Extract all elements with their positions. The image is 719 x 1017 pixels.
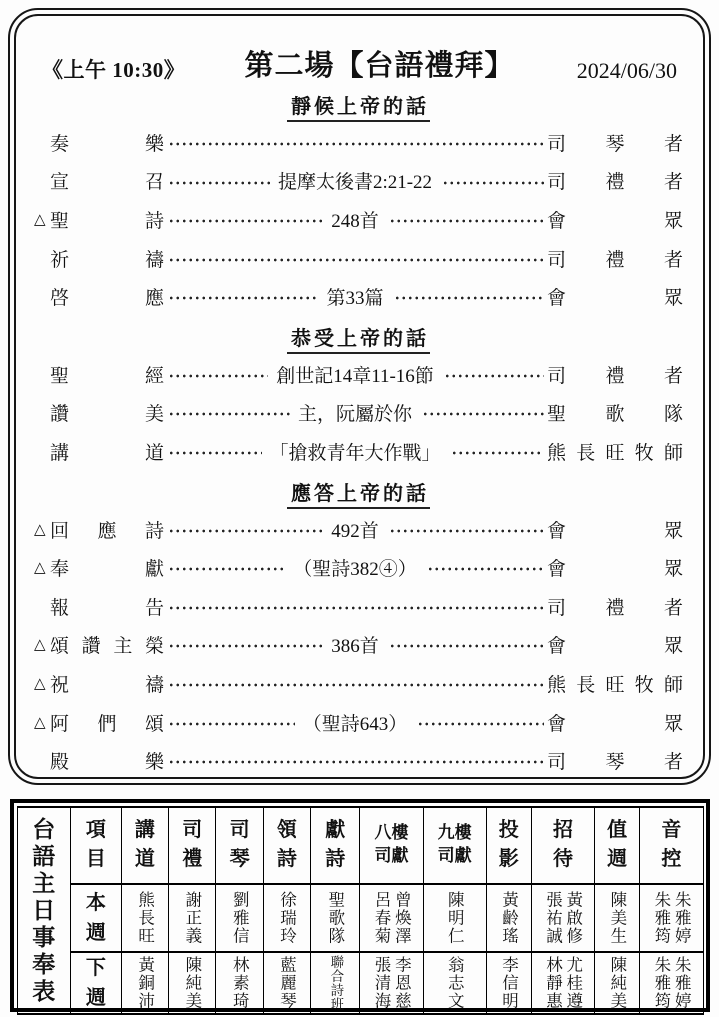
duty-data-row: 本 週熊長旺謝正義劉雅信徐瑞玲聖歌隊呂春菊曾煥澤陳明仁黃齡瑤張祐誠黃啟修陳美生朱… [17,884,703,952]
program-item-row: △回應詩492首會眾 [34,510,683,549]
duty-name: 朱雅婷 [673,891,690,945]
duty-cell: 陳純美 [169,952,216,1014]
item-label-char: 頌 [145,709,164,736]
program-item-row: △祝禱熊長旺牧師 [34,664,683,703]
leader-dots [166,355,268,394]
duty-cell-names: 林素琦 [216,953,262,1013]
section-title-row: 應答上帝的話 [34,471,683,510]
leader-dots [166,703,295,742]
leader-dots [166,162,270,201]
duty-name: 黃啟修 [564,891,581,945]
item-detail: （聖詩643） [297,709,414,736]
section-title: 恭受上帝的話 [287,322,430,354]
assignee-char: 司 [547,167,566,194]
duty-cell-names: 劉雅信 [216,885,262,951]
item-label: 回應詩 [50,516,164,543]
duty-name: 劉雅信 [231,891,248,945]
item-label-char: 樂 [145,129,164,156]
duty-cell-names: 張祐誠黃啟修 [532,885,594,951]
duty-table-side-title: 台 語 主 日 事 奉 表 [17,807,71,1014]
duty-name: 謝正義 [184,891,201,945]
item-label-char: 詩 [145,516,164,543]
service-date: 2024/06/30 [549,58,677,84]
program-item-row: △奉獻（聖詩382④）會眾 [34,548,683,587]
item-label-char: 應 [145,283,164,310]
program-item-row: △聖詩248首會眾 [34,200,683,239]
assignee-char: 眾 [664,516,683,543]
assignee-char: 禮 [605,593,624,620]
assignee-char: 旺 [605,670,624,697]
program: 靜候上帝的話奏樂司琴者宣召提摩太後書2:21-22司禮者△聖詩248首會眾祈禱司… [34,84,683,780]
duty-col-header: 獻 詩 [311,807,360,884]
section-title-row: 靜候上帝的話 [34,84,683,123]
leader-dots [166,741,544,780]
leader-dots [442,355,544,394]
assignee-char: 司 [547,361,566,388]
duty-cell-names: 朱雅筠朱雅婷 [640,953,702,1013]
duty-col-header: 八樓 司獻 [360,807,423,884]
item-label: 聖詩 [50,206,164,233]
leader-dots [387,626,544,665]
duty-col-header: 司 琴 [216,807,263,884]
leader-dots [440,162,544,201]
program-item-row: 啓應第33篇會眾 [34,277,683,316]
assignee-char: 禮 [605,245,624,272]
duty-cell-names: 聖歌隊 [311,885,359,951]
assignee-char: 熊 [547,670,566,697]
item-assignee: 司禮者 [547,167,683,194]
section-title: 靜候上帝的話 [287,90,430,122]
duty-cell: 陳美生 [595,884,640,952]
assignee-char: 會 [547,631,566,658]
leader-dots [166,510,323,549]
duty-name: 熊長旺 [136,891,153,945]
duty-cell-names: 翁志文 [424,953,486,1013]
item-label-char: 榮 [145,631,164,658]
item-assignee: 司琴者 [547,747,683,774]
duty-name: 尤桂遵 [564,956,581,1010]
item-prefix-triangle: △ [34,713,50,732]
leader-dots [166,548,285,587]
duty-name: 朱雅婷 [673,956,690,1010]
assignee-char: 司 [547,245,566,272]
assignee-char: 會 [547,709,566,736]
item-label-char: 講 [50,438,69,465]
assignee-char: 長 [576,438,595,465]
item-assignee: 聖歌隊 [547,399,683,426]
duty-col-header: 招 待 [531,807,594,884]
assignee-char: 歌 [606,399,625,426]
leader-dots [425,548,544,587]
duty-table-body: 台 語 主 日 事 奉 表項 目講 道司 禮司 琴領 詩獻 詩八樓 司獻九樓 司… [17,807,703,1014]
item-prefix-triangle: △ [34,558,50,577]
item-label: 頌讚主榮 [50,631,164,658]
item-prefix-triangle: △ [34,674,50,693]
leader-dots [392,277,545,316]
bulletin-page: 《上午 10:30》 第二場【台語禮拜】 2024/06/30 靜候上帝的話奏樂… [0,0,719,1017]
duty-cell: 聯合詩班 [311,952,360,1014]
item-label-char: 應 [97,516,116,543]
program-item-row: △阿們頌（聖詩643）會眾 [34,703,683,742]
assignee-char: 者 [664,167,683,194]
assignee-char: 會 [547,283,566,310]
duty-col-header: 值 週 [595,807,640,884]
duty-cell-names: 呂春菊曾煥澤 [360,885,422,951]
item-label-char: 樂 [145,747,164,774]
item-label-char: 道 [145,438,164,465]
service-title: 第二場【台語禮拜】 [210,43,549,84]
item-label-char: 宣 [50,167,69,194]
item-label: 祝禱 [50,670,164,697]
assignee-char: 者 [664,245,683,272]
duty-name: 陳純美 [184,956,201,1010]
item-label-char: 祝 [50,670,69,697]
assignee-char: 會 [547,516,566,543]
assignee-char: 眾 [664,554,683,581]
item-detail: 492首 [325,516,385,543]
duty-col-header: 九樓 司獻 [423,807,486,884]
leader-dots [166,626,323,665]
item-label-char: 報 [50,593,69,620]
item-label-char: 禱 [145,245,164,272]
item-label: 阿們頌 [50,709,164,736]
assignee-char: 牧 [635,670,654,697]
duty-cell: 朱雅筠朱雅婷 [640,952,703,1014]
item-label: 報告 [50,593,164,620]
assignee-char: 禮 [606,167,625,194]
duty-cell-names: 林靜惠尤桂遵 [532,953,594,1013]
assignee-char: 長 [576,670,595,697]
duty-cell: 陳明仁 [423,884,486,952]
assignee-char: 禮 [605,361,624,388]
assignee-char: 者 [664,593,683,620]
leader-dots [166,432,262,471]
item-label-char: 告 [145,593,164,620]
item-prefix-triangle: △ [34,635,50,654]
program-item-row: 讚美主，阮屬於你聖歌隊 [34,394,683,433]
item-label-char: 禱 [145,670,164,697]
duty-cell-names: 陳純美 [595,953,639,1013]
duty-name: 林靜惠 [544,956,561,1010]
leader-dots [449,432,545,471]
duty-cell: 林靜惠尤桂遵 [531,952,594,1014]
duty-name: 陳美生 [609,891,626,945]
item-label-char: 聖 [50,206,69,233]
item-label-char: 讚 [82,631,101,658]
duty-cell: 李信明 [486,952,531,1014]
duty-row-label: 本 週 [71,884,122,952]
duty-col-header: 領 詩 [263,807,310,884]
duty-name: 張清海 [373,956,390,1010]
service-time: 《上午 10:30》 [42,54,210,84]
item-label: 啓應 [50,283,164,310]
duty-cell-names: 黃銅沛 [122,953,168,1013]
item-label: 奏樂 [50,129,164,156]
item-detail: 第33篇 [321,283,390,310]
duty-cell-names: 陳美生 [595,885,639,951]
leader-dots [415,703,544,742]
duty-col-header: 講 道 [121,807,168,884]
duty-cell: 朱雅筠朱雅婷 [640,884,703,952]
duty-name: 呂春菊 [373,891,390,945]
item-label: 聖經 [50,361,164,388]
duty-row-label: 下 週 [71,952,122,1014]
program-item-row: 聖經創世記14章11-16節司禮者 [34,355,683,394]
leader-dots [166,200,323,239]
duty-cell-names: 徐瑞玲 [264,885,310,951]
assignee-char: 牧 [635,438,654,465]
duty-name: 朱雅筠 [653,956,670,1010]
masthead: 《上午 10:30》 第二場【台語禮拜】 2024/06/30 [34,26,683,84]
duty-cell: 劉雅信 [216,884,263,952]
program-item-row: 奏樂司琴者 [34,123,683,162]
duty-name: 黃齡瑤 [500,891,517,945]
duty-cell-names: 朱雅筠朱雅婷 [640,885,702,951]
section-title-row: 恭受上帝的話 [34,316,683,355]
duty-cell-names: 陳純美 [169,953,215,1013]
item-label-char: 回 [50,516,69,543]
duty-name: 藍麗琴 [278,956,295,1010]
duty-cell: 張清海李恩慈 [360,952,423,1014]
duty-name: 朱雅筠 [653,891,670,945]
duty-cell-names: 藍麗琴 [264,953,310,1013]
duty-name: 張祐誠 [544,891,561,945]
duty-cell-names: 聯合詩班 [311,953,359,1013]
duty-cell-names: 黃齡瑤 [487,885,531,951]
duty-col-header: 音 控 [640,807,703,884]
item-label-char: 美 [145,399,164,426]
program-section: 恭受上帝的話聖經創世記14章11-16節司禮者讚美主，阮屬於你聖歌隊講道「搶救青… [34,316,683,471]
leader-dots [166,277,319,316]
program-item-row: △頌讚主榮386首會眾 [34,626,683,665]
duty-name: 曾煥澤 [393,891,410,945]
duty-cell-names: 李信明 [487,953,531,1013]
assignee-char: 會 [547,554,566,581]
item-label-char: 祈 [50,245,69,272]
item-assignee: 司禮者 [547,361,683,388]
program-item-row: 宣召提摩太後書2:21-22司禮者 [34,162,683,201]
assignee-char: 眾 [664,709,683,736]
program-item-row: 報告司禮者 [34,587,683,626]
assignee-char: 師 [664,438,683,465]
duty-name: 黃銅沛 [136,956,153,1010]
assignee-char: 隊 [664,399,683,426]
item-detail: 主，阮屬於你 [292,399,418,426]
leader-dots [166,239,544,278]
program-section: 應答上帝的話△回應詩492首會眾△奉獻（聖詩382④）會眾報告司禮者△頌讚主榮3… [34,471,683,780]
item-detail: （聖詩382④） [287,554,423,581]
duty-cell: 徐瑞玲 [263,884,310,952]
section-title: 應答上帝的話 [287,477,430,509]
item-detail: 創世記14章11-16節 [270,361,440,388]
item-label-char: 聖 [50,361,69,388]
program-item-row: 講道「搶救青年大作戰」熊長旺牧師 [34,432,683,471]
leader-dots [166,587,544,626]
item-label-char: 奉 [50,554,69,581]
duty-col-header-item: 項 目 [71,807,122,884]
item-detail: 「搶救青年大作戰」 [264,438,447,465]
item-label-char: 殿 [50,747,69,774]
duty-name: 徐瑞玲 [278,891,295,945]
duty-name: 陳純美 [609,956,626,1010]
item-label: 講道 [50,438,164,465]
assignee-char: 眾 [664,631,683,658]
duty-cell: 林素琦 [216,952,263,1014]
assignee-char: 熊 [547,438,566,465]
item-assignee: 會眾 [547,516,683,543]
item-label-char: 頌 [50,631,69,658]
duty-data-row: 下 週黃銅沛陳純美林素琦藍麗琴聯合詩班張清海李恩慈翁志文李信明林靜惠尤桂遵陳純美… [17,952,703,1014]
item-assignee: 會眾 [547,283,683,310]
duty-name: 聖歌隊 [327,891,344,945]
item-label-char: 阿 [50,709,69,736]
assignee-char: 琴 [605,747,624,774]
item-label-char: 啓 [50,283,69,310]
item-prefix-triangle: △ [34,210,50,229]
duty-col-header: 投 影 [486,807,531,884]
duty-name: 陳明仁 [446,891,463,945]
assignee-char: 會 [547,206,566,233]
item-label-char: 經 [145,361,164,388]
item-detail: 248首 [325,206,385,233]
duty-col-header: 司 禮 [169,807,216,884]
leader-dots [387,200,544,239]
duty-cell: 陳純美 [595,952,640,1014]
item-assignee: 會眾 [547,631,683,658]
item-prefix-triangle: △ [34,520,50,539]
item-label: 祈禱 [50,245,164,272]
duty-table: 台 語 主 日 事 奉 表項 目講 道司 禮司 琴領 詩獻 詩八樓 司獻九樓 司… [17,806,704,1015]
assignee-char: 者 [664,747,683,774]
duty-name: 聯合詩班 [328,955,342,1011]
duty-cell: 黃齡瑤 [486,884,531,952]
item-label: 殿樂 [50,747,164,774]
duty-cell-names: 陳明仁 [424,885,486,951]
assignee-char: 師 [664,670,683,697]
item-assignee: 司禮者 [547,593,683,620]
item-label-char: 們 [97,709,116,736]
leader-dots [420,394,544,433]
item-assignee: 司琴者 [547,129,683,156]
leader-dots [166,123,544,162]
duty-name: 林素琦 [231,956,248,1010]
duty-cell: 黃銅沛 [121,952,168,1014]
item-label-char: 主 [113,631,132,658]
item-detail: 386首 [325,631,385,658]
program-section: 靜候上帝的話奏樂司琴者宣召提摩太後書2:21-22司禮者△聖詩248首會眾祈禱司… [34,84,683,316]
item-assignee: 熊長旺牧師 [547,438,683,465]
duty-cell: 藍麗琴 [263,952,310,1014]
duty-cell-names: 謝正義 [169,885,215,951]
item-assignee: 會眾 [547,206,683,233]
duty-cell: 謝正義 [169,884,216,952]
assignee-char: 司 [547,747,566,774]
leader-dots [166,394,290,433]
assignee-char: 旺 [605,438,624,465]
program-box: 《上午 10:30》 第二場【台語禮拜】 2024/06/30 靜候上帝的話奏樂… [8,8,711,785]
leader-dots [166,664,544,703]
item-label-char: 詩 [145,206,164,233]
duty-cell: 張祐誠黃啟修 [531,884,594,952]
duty-cell: 翁志文 [423,952,486,1014]
duty-name: 李恩慈 [393,956,410,1010]
item-assignee: 會眾 [547,554,683,581]
item-label: 宣召 [50,167,164,194]
duty-header-row: 台 語 主 日 事 奉 表項 目講 道司 禮司 琴領 詩獻 詩八樓 司獻九樓 司… [17,807,703,884]
duty-cell-names: 張清海李恩慈 [360,953,422,1013]
assignee-char: 司 [547,593,566,620]
item-assignee: 司禮者 [547,245,683,272]
item-assignee: 會眾 [547,709,683,736]
duty-name: 李信明 [500,956,517,1010]
assignee-char: 者 [664,129,683,156]
assignee-char: 琴 [605,129,624,156]
duty-cell: 呂春菊曾煥澤 [360,884,423,952]
program-item-row: 祈禱司禮者 [34,239,683,278]
duty-table-box: 台 語 主 日 事 奉 表項 目講 道司 禮司 琴領 詩獻 詩八樓 司獻九樓 司… [10,799,710,1012]
item-label-char: 召 [145,167,164,194]
duty-cell: 熊長旺 [121,884,168,952]
duty-cell: 聖歌隊 [311,884,360,952]
item-label-char: 讚 [50,399,69,426]
program-box-inner: 《上午 10:30》 第二場【台語禮拜】 2024/06/30 靜候上帝的話奏樂… [14,14,705,779]
assignee-char: 司 [547,129,566,156]
item-detail: 提摩太後書2:21-22 [272,167,438,194]
program-item-row: 殿樂司琴者 [34,741,683,780]
assignee-char: 眾 [664,283,683,310]
item-label-char: 奏 [50,129,69,156]
item-label: 讚美 [50,399,164,426]
assignee-char: 聖 [547,399,566,426]
leader-dots [387,510,544,549]
duty-cell-names: 熊長旺 [122,885,168,951]
item-label: 奉獻 [50,554,164,581]
item-label-char: 獻 [145,554,164,581]
item-assignee: 熊長旺牧師 [547,670,683,697]
duty-name: 翁志文 [446,956,463,1010]
assignee-char: 者 [664,361,683,388]
assignee-char: 眾 [664,206,683,233]
